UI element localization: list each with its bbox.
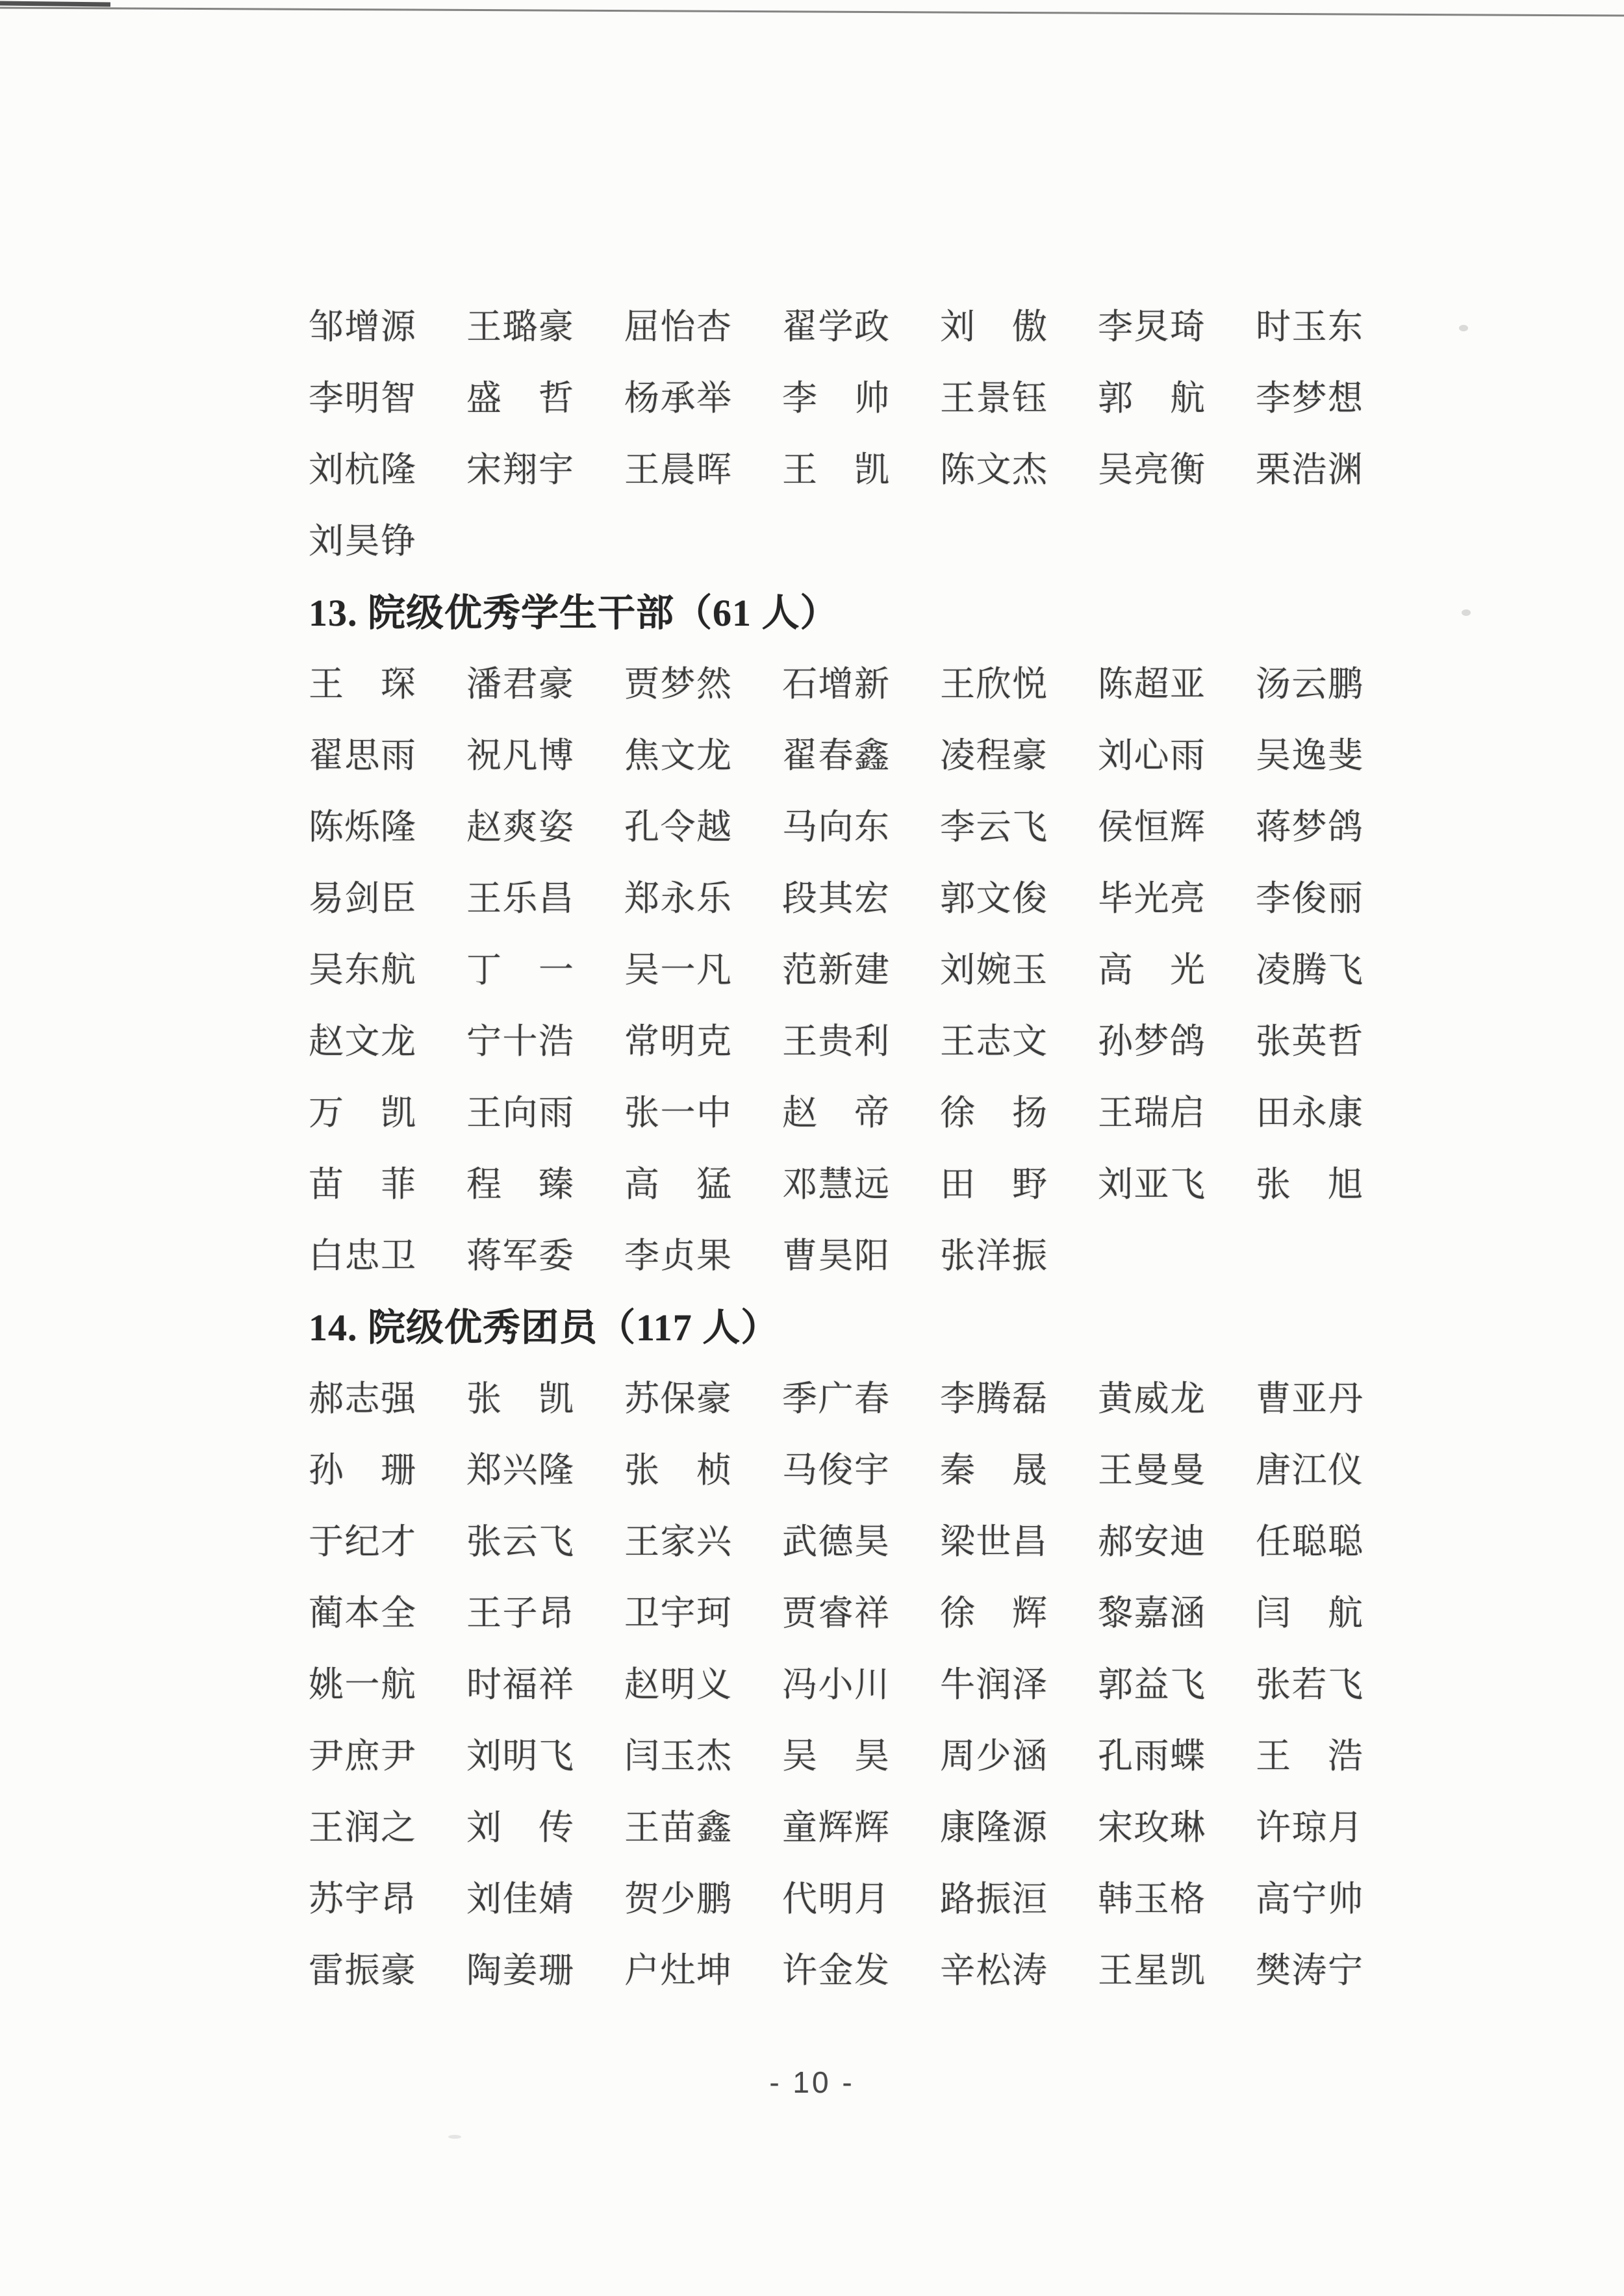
student-name: 王乐昌: [466, 880, 574, 917]
student-name: 徐扬: [940, 1095, 1047, 1132]
student-name: 王凯: [782, 452, 889, 489]
student-name: 吴昊: [782, 1738, 889, 1775]
student-name: 贾睿祥: [782, 1595, 889, 1632]
student-name: 潘君豪: [466, 666, 574, 703]
student-name: 高猛: [624, 1166, 731, 1203]
name-row: 翟思雨祝凡博焦文龙翟春鑫凌程豪刘心雨吴逸斐: [309, 737, 1426, 809]
student-name: 任聪聪: [1256, 1524, 1363, 1561]
student-name: 凌腾飞: [1256, 952, 1363, 989]
student-name: 屈怡杏: [624, 309, 731, 346]
student-name: 丁一: [466, 952, 574, 989]
student-name: 侯恒辉: [1098, 809, 1205, 846]
student-name: 赵帝: [782, 1095, 889, 1132]
student-name: 王星凯: [1098, 1952, 1205, 1989]
student-name: 路振洹: [940, 1881, 1047, 1918]
student-name: 王润之: [309, 1809, 416, 1846]
page-number: - 10 -: [0, 2065, 1624, 2100]
name-row: 于纪才张云飞王家兴武德昊梁世昌郝安迪任聪聪: [309, 1524, 1426, 1595]
student-name: 郑兴隆: [466, 1452, 574, 1489]
student-name: 郝志强: [309, 1381, 416, 1418]
student-name: 陶姜珊: [466, 1952, 574, 1989]
student-name: 王瑞启: [1098, 1095, 1205, 1132]
student-name: 尹庶尹: [309, 1738, 416, 1775]
name-list-content: 邹增源王璐豪屈怡杏翟学政刘傲李炅琦时玉东李明智盛哲杨承举李帅王景钰郭航李梦想刘杭…: [309, 309, 1426, 2024]
student-name: 樊涛宁: [1256, 1952, 1363, 1989]
name-row: 易剑臣王乐昌郑永乐段其宏郭文俊毕光亮李俊丽: [309, 880, 1426, 952]
student-name: 王贵利: [782, 1023, 889, 1060]
name-row: 姚一航时福祥赵明义冯小川牛润泽郭益飞张若飞: [309, 1666, 1426, 1738]
name-row: 苗菲程臻高猛邓慧远田野刘亚飞张旭: [309, 1166, 1426, 1238]
name-row: 王润之刘传王苗鑫童辉辉康隆源宋玫琳许琼月: [309, 1809, 1426, 1881]
student-name: 张旭: [1256, 1166, 1363, 1203]
scan-speck: [1459, 325, 1468, 331]
student-name: 李腾磊: [940, 1381, 1047, 1418]
student-name: 闫航: [1256, 1595, 1363, 1632]
student-name: 易剑臣: [309, 880, 416, 917]
scan-artifact-top-line: [0, 0, 1624, 52]
student-name: 张洋振: [940, 1238, 1047, 1275]
student-name: 季广春: [782, 1381, 889, 1418]
student-name: 吴一凡: [624, 952, 731, 989]
student-name: 杨承举: [624, 380, 731, 417]
student-name: 陈烁隆: [309, 809, 416, 846]
student-name: 郑永乐: [624, 880, 731, 917]
name-row: 苏宇昂刘佳婧贺少鹏代明月路振洹韩玉格高宁帅: [309, 1881, 1426, 1952]
student-name: 周少涵: [940, 1738, 1047, 1775]
student-name: 陈文杰: [940, 452, 1047, 489]
student-name: 孔雨蝶: [1098, 1738, 1205, 1775]
student-name: 田永康: [1256, 1095, 1363, 1132]
student-name: 贾梦然: [624, 666, 731, 703]
student-name: 李俊丽: [1256, 880, 1363, 917]
name-row: 李明智盛哲杨承举李帅王景钰郭航李梦想: [309, 380, 1426, 452]
student-name: 宋玫琳: [1098, 1809, 1205, 1846]
student-name: 张若飞: [1256, 1666, 1363, 1703]
student-name: 孙梦鸽: [1098, 1023, 1205, 1060]
student-name: 王曼曼: [1098, 1452, 1205, 1489]
student-name: 段其宏: [782, 880, 889, 917]
student-name: 毕光亮: [1098, 880, 1205, 917]
student-name: 徐辉: [940, 1595, 1047, 1632]
section-13-heading: 13. 院级优秀学生干部（61 人）: [309, 594, 839, 632]
student-name: 牛润泽: [940, 1666, 1047, 1703]
student-name: 吴东航: [309, 952, 416, 989]
name-row: 郝志强张凯苏保豪季广春李腾磊黄威龙曹亚丹: [309, 1381, 1426, 1452]
student-name: 张凯: [466, 1381, 574, 1418]
student-name: 王璐豪: [466, 309, 574, 346]
student-name: 程臻: [466, 1166, 574, 1203]
document-page: 邹增源王璐豪屈怡杏翟学政刘傲李炅琦时玉东李明智盛哲杨承举李帅王景钰郭航李梦想刘杭…: [0, 0, 1624, 2296]
student-name: 高宁帅: [1256, 1881, 1363, 1918]
student-name: 郭益飞: [1098, 1666, 1205, 1703]
student-name: 户灶坤: [624, 1952, 731, 1989]
student-name: 韩玉格: [1098, 1881, 1205, 1918]
student-name: 宋翔宇: [466, 452, 574, 489]
student-name: 代明月: [782, 1881, 889, 1918]
name-row: 雷振豪陶姜珊户灶坤许金发辛松涛王星凯樊涛宁: [309, 1952, 1426, 2024]
student-name: 张桢: [624, 1452, 731, 1489]
name-row: 刘昊铮: [309, 523, 1426, 594]
student-name: 李帅: [782, 380, 889, 417]
student-name: 王家兴: [624, 1524, 731, 1561]
student-name: 吴亮衡: [1098, 452, 1205, 489]
student-name: 刘佳婧: [466, 1881, 574, 1918]
student-name: 栗浩渊: [1256, 452, 1363, 489]
student-name: 李贞果: [624, 1238, 731, 1275]
student-name: 李明智: [309, 380, 416, 417]
name-row: 白忠卫蒋军委李贞果曹昊阳张洋振: [309, 1238, 1426, 1309]
student-name: 赵文龙: [309, 1023, 416, 1060]
student-name: 翟思雨: [309, 737, 416, 774]
student-name: 祝凡博: [466, 737, 574, 774]
student-name: 苗菲: [309, 1166, 416, 1203]
student-name: 王晨晖: [624, 452, 731, 489]
student-name: 卫宇珂: [624, 1595, 731, 1632]
student-name: 许金发: [782, 1952, 889, 1989]
student-name: 刘傲: [940, 309, 1047, 346]
student-name: 蔺本全: [309, 1595, 416, 1632]
student-name: 王琛: [309, 666, 416, 703]
student-name: 刘亚飞: [1098, 1166, 1205, 1203]
student-name: 李梦想: [1256, 380, 1363, 417]
student-name: 刘杭隆: [309, 452, 416, 489]
student-name: 曹昊阳: [782, 1238, 889, 1275]
name-row: 吴东航丁一吴一凡范新建刘婉玉高光凌腾飞: [309, 952, 1426, 1023]
student-name: 刘明飞: [466, 1738, 574, 1775]
student-name: 张云飞: [466, 1524, 574, 1561]
student-name: 王欣悦: [940, 666, 1047, 703]
section-heading-row: 14. 院级优秀团员（117 人）: [309, 1309, 1426, 1381]
student-name: 田野: [940, 1166, 1047, 1203]
name-row: 陈烁隆赵爽姿孔令越马向东李云飞侯恒辉蒋梦鸽: [309, 809, 1426, 880]
student-name: 翟学政: [782, 309, 889, 346]
name-row: 刘杭隆宋翔宇王晨晖王凯陈文杰吴亮衡栗浩渊: [309, 452, 1426, 523]
student-name: 赵爽姿: [466, 809, 574, 846]
student-name: 唐江仪: [1256, 1452, 1363, 1489]
name-row: 王琛潘君豪贾梦然石增新王欣悦陈超亚汤云鹏: [309, 666, 1426, 737]
student-name: 焦文龙: [624, 737, 731, 774]
student-name: 黄威龙: [1098, 1381, 1205, 1418]
student-name: 邹增源: [309, 309, 416, 346]
student-name: 张一中: [624, 1095, 731, 1132]
student-name: 梁世昌: [940, 1524, 1047, 1561]
student-name: 贺少鹏: [624, 1881, 731, 1918]
student-name: 李云飞: [940, 809, 1047, 846]
student-name: 王浩: [1256, 1738, 1363, 1775]
student-name: 王向雨: [466, 1095, 574, 1132]
student-name: 刘婉玉: [940, 952, 1047, 989]
student-name: 王志文: [940, 1023, 1047, 1060]
section-heading-row: 13. 院级优秀学生干部（61 人）: [309, 594, 1426, 666]
student-name: 万凯: [309, 1095, 416, 1132]
name-row: 孙珊郑兴隆张桢马俊宇秦晟王曼曼唐江仪: [309, 1452, 1426, 1524]
student-name: 汤云鹏: [1256, 666, 1363, 703]
student-name: 凌程豪: [940, 737, 1047, 774]
student-name: 时玉东: [1256, 309, 1363, 346]
student-name: 闫玉杰: [624, 1738, 731, 1775]
student-name: 常明克: [624, 1023, 731, 1060]
student-name: 苏保豪: [624, 1381, 731, 1418]
student-name: 王苗鑫: [624, 1809, 731, 1846]
student-name: 吴逸斐: [1256, 737, 1363, 774]
student-name: 孙珊: [309, 1452, 416, 1489]
student-name: 雷振豪: [309, 1952, 416, 1989]
student-name: 蒋军委: [466, 1238, 574, 1275]
student-name: 盛哲: [466, 380, 574, 417]
student-name: 郭航: [1098, 380, 1205, 417]
student-name: 蒋梦鸽: [1256, 809, 1363, 846]
student-name: 王子昂: [466, 1595, 574, 1632]
student-name: 刘心雨: [1098, 737, 1205, 774]
student-name: 冯小川: [782, 1666, 889, 1703]
student-name: 张英哲: [1256, 1023, 1363, 1060]
student-name: 武德昊: [782, 1524, 889, 1561]
student-name: 马俊宇: [782, 1452, 889, 1489]
student-name: 高光: [1098, 952, 1205, 989]
student-name: 赵明义: [624, 1666, 731, 1703]
name-row: 尹庶尹刘明飞闫玉杰吴昊周少涵孔雨蝶王浩: [309, 1738, 1426, 1809]
student-name: 邓慧远: [782, 1166, 889, 1203]
student-name: 秦晟: [940, 1452, 1047, 1489]
student-name: 辛松涛: [940, 1952, 1047, 1989]
student-name: 时福祥: [466, 1666, 574, 1703]
student-name: 孔令越: [624, 809, 731, 846]
name-row: 蔺本全王子昂卫宇珂贾睿祥徐辉黎嘉涵闫航: [309, 1595, 1426, 1666]
student-name: 苏宇昂: [309, 1881, 416, 1918]
student-name: 姚一航: [309, 1666, 416, 1703]
name-row: 赵文龙宁十浩常明克王贵利王志文孙梦鸽张英哲: [309, 1023, 1426, 1095]
student-name: 白忠卫: [309, 1238, 416, 1275]
name-row: 邹增源王璐豪屈怡杏翟学政刘傲李炅琦时玉东: [309, 309, 1426, 380]
student-name: 曹亚丹: [1256, 1381, 1363, 1418]
name-row: 万凯王向雨张一中赵帝徐扬王瑞启田永康: [309, 1095, 1426, 1166]
student-name: 郝安迪: [1098, 1524, 1205, 1561]
student-name: 童辉辉: [782, 1809, 889, 1846]
student-name: 康隆源: [940, 1809, 1047, 1846]
student-name: 王景钰: [940, 380, 1047, 417]
scan-speck: [448, 2135, 461, 2139]
student-name: 陈超亚: [1098, 666, 1205, 703]
student-name: 黎嘉涵: [1098, 1595, 1205, 1632]
student-name: 李炅琦: [1098, 309, 1205, 346]
student-name: 刘传: [466, 1809, 574, 1846]
student-name: 刘昊铮: [309, 523, 416, 560]
student-name: 许琼月: [1256, 1809, 1363, 1846]
student-name: 宁十浩: [466, 1023, 574, 1060]
student-name: 石增新: [782, 666, 889, 703]
student-name: 于纪才: [309, 1524, 416, 1561]
student-name: 翟春鑫: [782, 737, 889, 774]
student-name: 马向东: [782, 809, 889, 846]
student-name: 范新建: [782, 952, 889, 989]
student-name: 郭文俊: [940, 880, 1047, 917]
section-14-heading: 14. 院级优秀团员（117 人）: [309, 1309, 779, 1347]
scan-speck: [1462, 609, 1471, 616]
